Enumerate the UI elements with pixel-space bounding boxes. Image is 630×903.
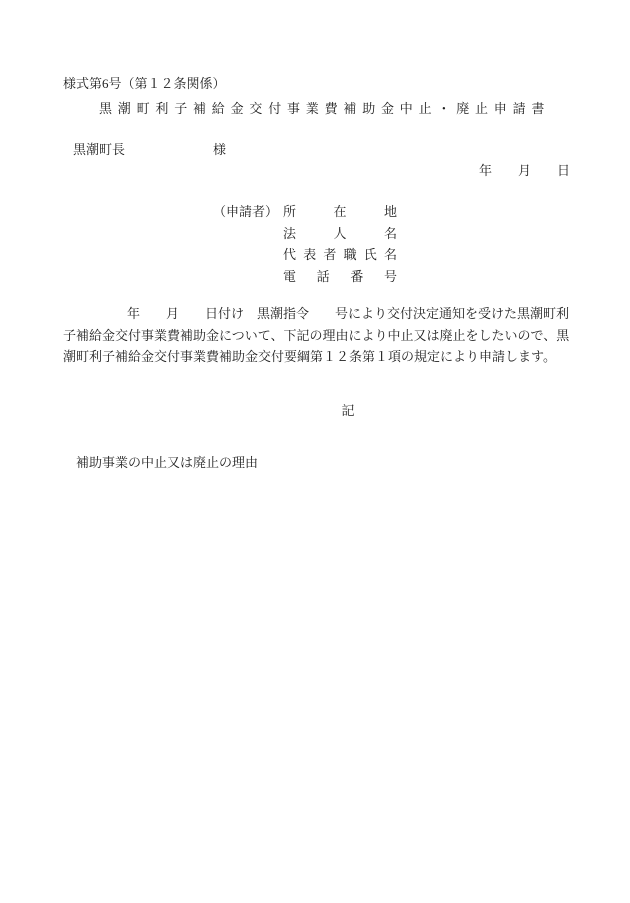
field-corporate-name-label: 法人名 xyxy=(283,223,397,245)
form-number: 様式第6号（第１２条関係） xyxy=(63,73,226,92)
body-paragraph: 年 月 日付け 黒潮指令 号により交付決定通知を受けた黒潮町利 子補給金交付事業… xyxy=(63,303,569,368)
date-placeholder: 年 月 日 xyxy=(479,160,570,179)
addressee-honorific: 様 xyxy=(213,142,226,157)
field-address-label: 所在地 xyxy=(283,201,397,223)
applicant-label: （申請者） xyxy=(213,201,283,223)
applicant-row-address: （申請者）所在地 xyxy=(213,201,397,223)
form-document-page: 様式第6号（第１２条関係） 黒潮町利子補給金交付事業費補助金中止・廃止申請書 黒… xyxy=(0,0,630,903)
field-phone-label: 電話番号 xyxy=(283,266,397,288)
field-representative-label: 代表者職氏名 xyxy=(283,244,397,266)
ki-separator: 記 xyxy=(0,400,630,419)
body-line-2: 子補給金交付事業費補助金について、下記の理由により中止又は廃止をしたいので、黒 xyxy=(63,325,569,347)
applicant-block: （申請者）所在地 法人名 代表者職氏名 電話番号 xyxy=(213,201,397,287)
addressee-name: 黒潮町長 xyxy=(73,142,125,157)
applicant-row-phone: 電話番号 xyxy=(213,266,397,288)
applicant-row-corporate-name: 法人名 xyxy=(213,223,397,245)
addressee-line: 黒潮町長様 xyxy=(73,139,226,158)
body-line-1: 年 月 日付け 黒潮指令 号により交付決定通知を受けた黒潮町利 xyxy=(63,303,569,325)
document-title: 黒潮町利子補給金交付事業費補助金中止・廃止申請書 xyxy=(99,98,550,117)
applicant-row-representative: 代表者職氏名 xyxy=(213,244,397,266)
body-line-3: 潮町利子補給金交付事業費補助金交付要綱第１２条第１項の規定により申請します。 xyxy=(63,346,569,368)
reason-heading: 補助事業の中止又は廃止の理由 xyxy=(76,452,258,471)
